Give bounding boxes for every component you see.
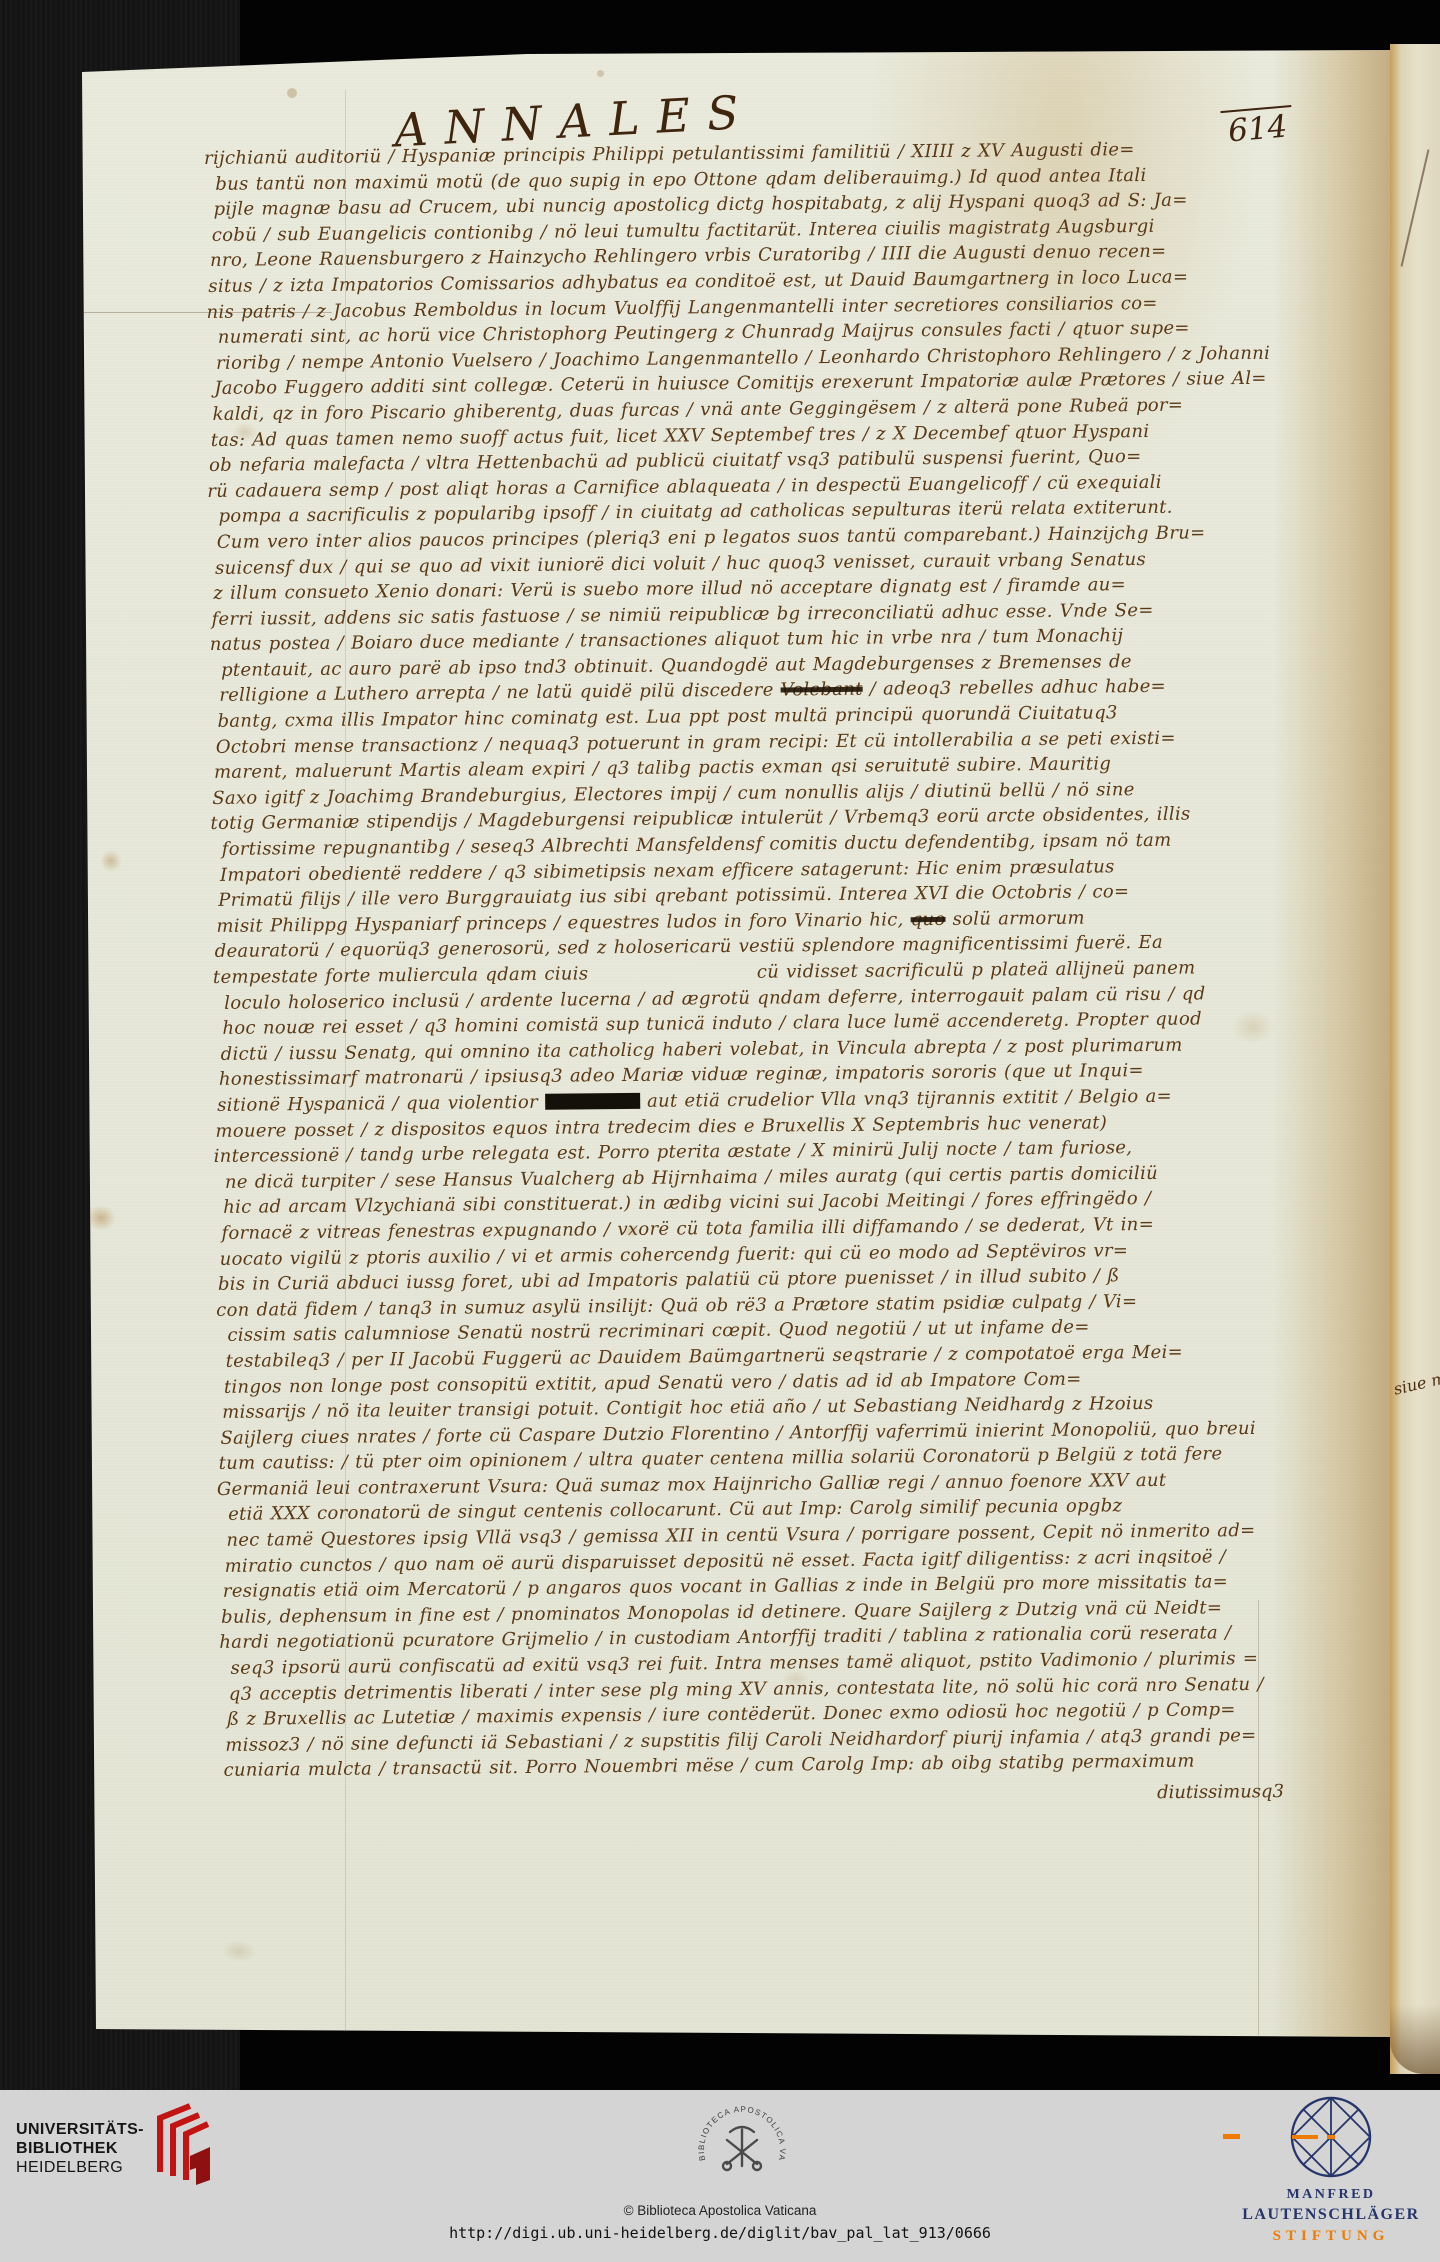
book-fore-edge: siue mor (1390, 44, 1440, 2074)
library-name: UNIVERSITÄTS- BIBLIOTHEK HEIDELBERG (16, 2120, 144, 2177)
vatican-copyright: © Biblioteca Apostolica Vaticana (370, 2203, 1070, 2218)
vatican-credit-group: BIBLIOTECA APOSTOLICA VATICANA © Bibliot… (370, 2090, 1070, 2262)
struck-word: Volebant (781, 679, 863, 701)
foundation-name-line3: STIFTUNG (1224, 2228, 1438, 2245)
stain (287, 88, 297, 98)
stain (100, 850, 122, 872)
library-name-line2: BIBLIOTHEK (16, 2139, 144, 2158)
ub-heidelberg-logo-icon (146, 2098, 218, 2186)
closing-word: diutissimusq3 (204, 1781, 1326, 1813)
stain (222, 1940, 256, 1962)
manuscript-text: rijchianü auditoriü / Hyspaniæ principis… (204, 135, 1340, 1784)
digitization-url: http://digi.ub.uni-heidelberg.de/diglit/… (370, 2224, 1070, 2242)
redaction-mark (545, 1093, 640, 1110)
stain (597, 70, 604, 77)
library-name-line3: HEIDELBERG (16, 2158, 144, 2177)
foundation-credit: MANFRED LAUTENSCHLÄGER STIFTUNG (1224, 2094, 1438, 2245)
foundation-name-line1: MANFRED (1224, 2187, 1438, 2203)
scanned-page-view: 614 ANNALES rijchianü auditoriü / Hyspan… (0, 0, 1440, 2262)
edge-crack (1401, 149, 1430, 266)
edge-marginal-note: siue mor (1392, 1364, 1440, 1398)
manuscript-page: 614 ANNALES rijchianü auditoriü / Hyspan… (82, 50, 1390, 2037)
library-name-line1: UNIVERSITÄTS- (16, 2120, 144, 2139)
foundation-logo-icon (1288, 2094, 1374, 2180)
stain (86, 1205, 116, 1231)
struck-word: quo (911, 909, 946, 930)
vatican-library-emblem-icon: BIBLIOTECA APOSTOLICA VATICANA (694, 2100, 790, 2196)
foundation-name-line2: LAUTENSCHLÄGER (1224, 2206, 1438, 2224)
footer-bar: UNIVERSITÄTS- BIBLIOTHEK HEIDELBERG BIBL… (0, 2090, 1440, 2262)
